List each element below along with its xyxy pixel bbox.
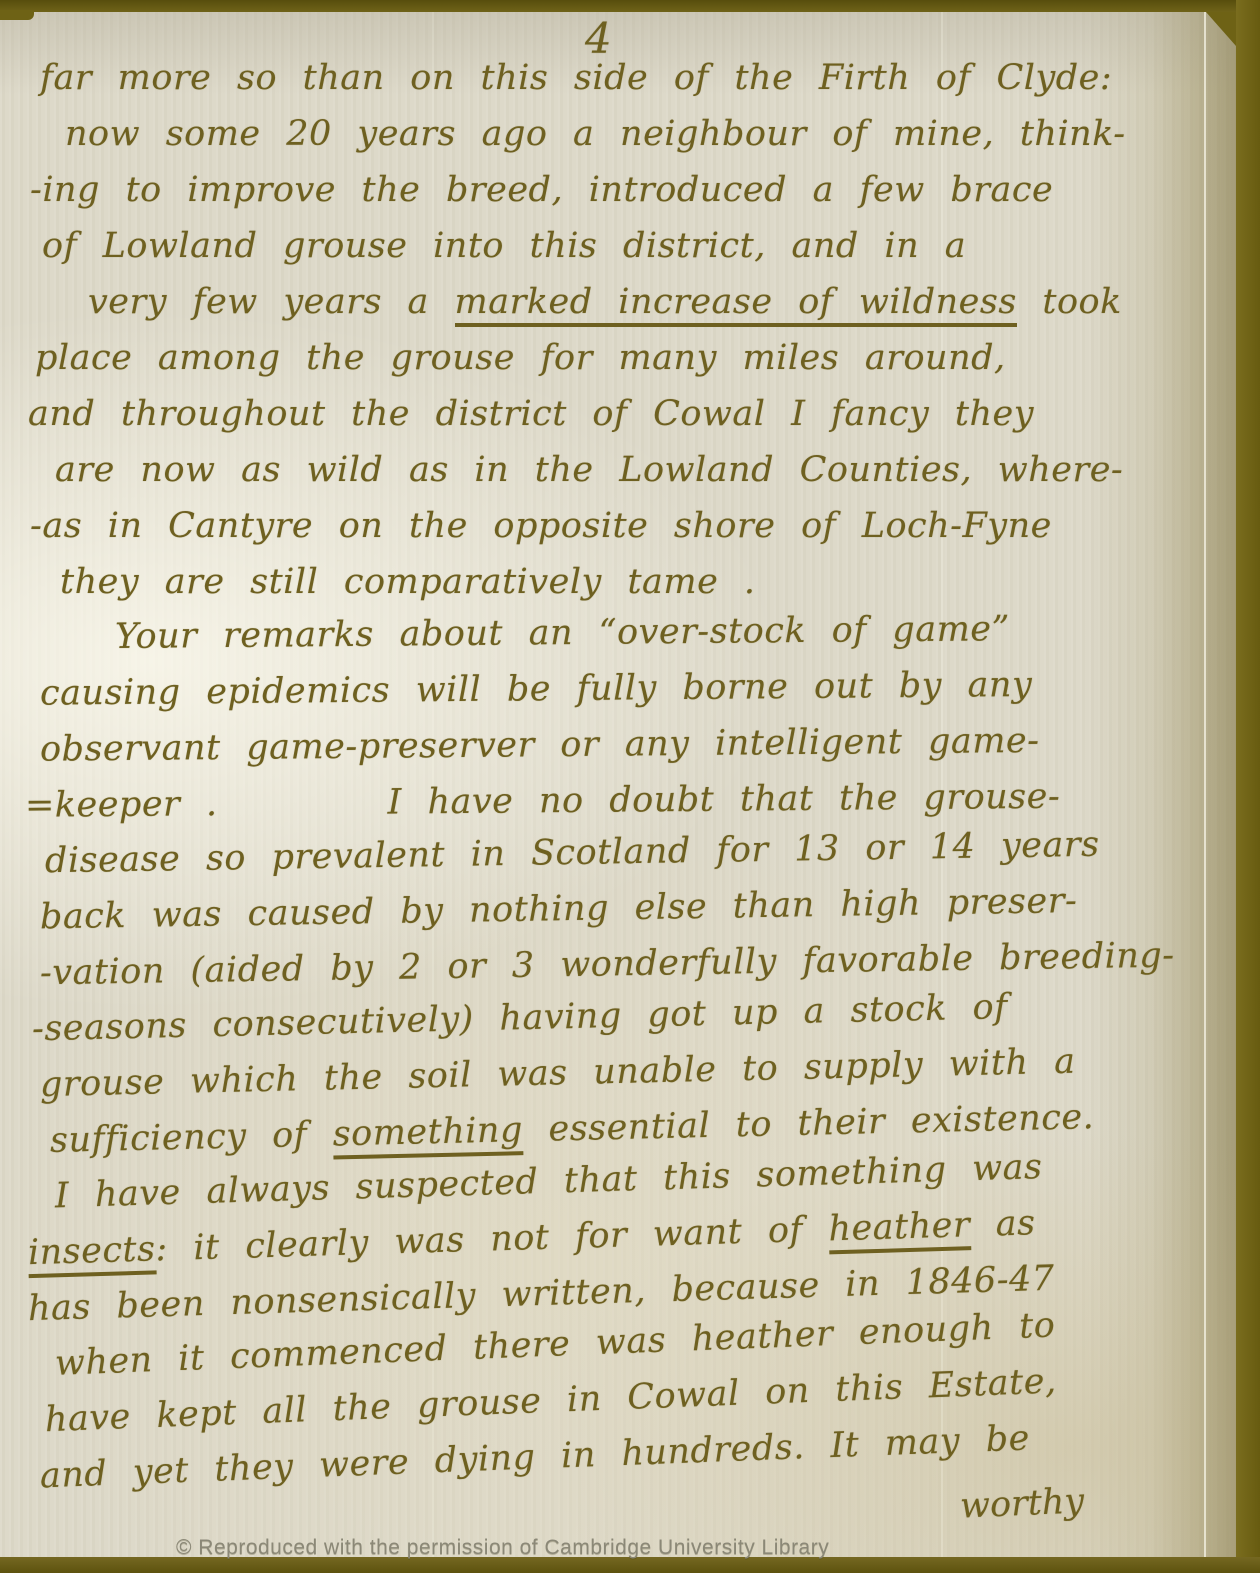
handwritten-phrase: they are still comparatively tame .: [60, 562, 756, 602]
handwritten-phrase: are now as wild as in the Lowland Counti…: [55, 450, 1123, 490]
manuscript-line: of Lowland grouse into this district, an…: [0, 218, 1236, 274]
manuscript-line: are now as wild as in the Lowland Counti…: [0, 442, 1236, 498]
manuscript-line: -ing to improve the breed, introduced a …: [0, 162, 1236, 218]
handwritten-phrase: far more so than on this side of the Fir…: [40, 58, 1112, 98]
scan-edge-right: [1236, 0, 1260, 1573]
scanned-letter-page: { "document": { "page_number": "4", "cat…: [0, 0, 1260, 1573]
scan-edge-top: [0, 0, 1260, 12]
manuscript-line: -as in Cantyre on the opposite shore of …: [0, 498, 1236, 554]
scan-corner-top-left: [0, 10, 34, 20]
handwritten-phrase: observant game-preserver or any intellig…: [40, 721, 1040, 770]
handwritten-phrase: as: [970, 1203, 1037, 1245]
underlined-phrase: something: [332, 1110, 523, 1159]
handwritten-phrase: place among the grouse for many miles ar…: [35, 338, 1006, 378]
manuscript-line: very few years a marked increase of wild…: [0, 274, 1236, 330]
handwritten-phrase: Your remarks about an “over-stock of gam…: [115, 609, 1010, 657]
handwritten-phrase: -as in Cantyre on the opposite shore of …: [30, 506, 1052, 546]
underlined-phrase: insects: [27, 1229, 156, 1278]
copyright-caption: © Reproduced with the permission of Camb…: [176, 1536, 829, 1560]
handwritten-phrase: I have no doubt that the grouse-: [387, 777, 1060, 823]
handwritten-phrase: sufficiency of: [50, 1114, 334, 1160]
manuscript-text: far more so than on this side of the Fir…: [0, 50, 1236, 1506]
handwritten-phrase: of Lowland grouse into this district, an…: [42, 226, 966, 266]
catchword: worthy: [959, 1481, 1085, 1526]
handwritten-phrase: -ing to improve the breed, introduced a …: [30, 170, 1053, 210]
underlined-phrase: heather: [828, 1205, 971, 1254]
handwritten-phrase: =keeper .: [25, 784, 218, 826]
underlined-phrase: marked increase of wildness: [455, 282, 1017, 327]
scan-corner-top-right: [1206, 12, 1236, 46]
handwritten-phrase: back was caused by nothing else than hig…: [40, 881, 1078, 937]
manuscript-line: and throughout the district of Cowal I f…: [0, 386, 1236, 442]
handwritten-phrase: very few years a: [88, 282, 455, 322]
manuscript-line: far more so than on this side of the Fir…: [0, 50, 1236, 106]
handwritten-phrase: now some 20 years ago a neighbour of min…: [65, 114, 1126, 154]
handwritten-phrase: disease so prevalent in Scotland for 13 …: [45, 825, 1100, 882]
manuscript-line: place among the grouse for many miles ar…: [0, 330, 1236, 386]
handwritten-phrase: took: [1017, 282, 1122, 322]
handwritten-phrase: and throughout the district of Cowal I f…: [28, 394, 1034, 434]
manuscript-line: now some 20 years ago a neighbour of min…: [0, 106, 1236, 162]
handwritten-phrase: causing epidemics will be fully borne ou…: [40, 665, 1033, 714]
